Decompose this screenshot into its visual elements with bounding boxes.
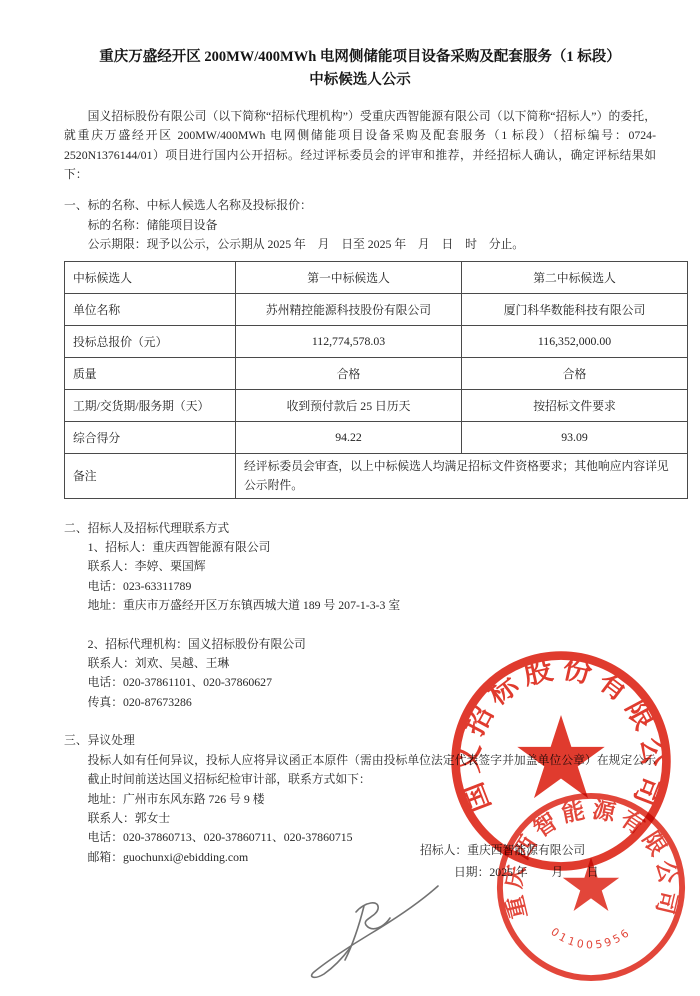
publicity-period-line: 公示期限：现予以公示，公示期从 2025 年 月 日至 2025 年 月 日 时… [64,235,656,254]
row-value: 94.22 [236,421,462,453]
agency-contact-line: 联系人：刘欢、吴越、王琳 [64,654,656,673]
table-row-remark: 备注 经评标委员会审查，以上中标候选人均满足招标文件资格要求；其他响应内容详见公… [65,453,688,498]
tenderer-address-line: 地址：重庆市万盛经开区万东镇西城大道 189 号 207-1-3-3 室 [64,596,656,615]
row-label: 单位名称 [65,293,236,325]
row-value: 按招标文件要求 [462,389,688,421]
title-line-2: 中标候选人公示 [64,69,656,92]
intro-paragraph: 国义招标股份有限公司（以下简称“招标代理机构”）受重庆西智能源有限公司（以下简称… [64,107,656,185]
handwritten-signature [298,866,460,986]
table-row-quality: 质量 合格 合格 [65,357,688,389]
table-row-duration: 工期/交货期/服务期（天） 收到预付款后 25 日历天 按招标文件要求 [65,389,688,421]
row-label: 备注 [65,453,236,498]
section2-heading: 二、招标人及招标代理联系方式 [64,519,656,538]
row-label: 质量 [65,357,236,389]
row-value: 合格 [462,357,688,389]
bid-candidates-table: 中标候选人 第一中标候选人 第二中标候选人 单位名称 苏州精控能源科技股份有限公… [64,261,688,499]
agency-phone-line: 电话：020-37861101、020-37860627 [64,673,656,692]
row-label: 综合得分 [65,421,236,453]
row-value: 116,352,000.00 [462,325,688,357]
row-value: 厦门科华数能科技有限公司 [462,293,688,325]
row-label: 工期/交货期/服务期（天） [65,389,236,421]
section1-heading: 一、标的名称、中标人候选人名称及投标报价： [64,196,656,215]
agency-name-line: 2、招标代理机构：国义招标股份有限公司 [64,635,656,654]
table-row-header: 中标候选人 第一中标候选人 第二中标候选人 [65,261,688,293]
document-page: 重庆万盛经开区 200MW/400MWh 电网侧储能项目设备采购及配套服务（1 … [0,0,700,996]
tenderer-phone-line: 电话：023-63311789 [64,577,656,596]
header-first-candidate-cell: 第一中标候选人 [236,261,462,293]
tenderer-contact-line: 联系人：李婷、栗国辉 [64,557,656,576]
row-value: 112,774,578.03 [236,325,462,357]
objection-address-line: 地址：广州市东风东路 726 号 9 楼 [64,790,656,809]
header-second-candidate-cell: 第二中标候选人 [462,261,688,293]
title-line-1: 重庆万盛经开区 200MW/400MWh 电网侧储能项目设备采购及配套服务（1 … [64,46,656,69]
table-row-price: 投标总报价（元） 112,774,578.03 116,352,000.00 [65,325,688,357]
signoff-tenderer-line: 招标人：重庆西智能源有限公司 [420,839,599,861]
section3-heading: 三、异议处理 [64,731,656,750]
document-title: 重庆万盛经开区 200MW/400MWh 电网侧储能项目设备采购及配套服务（1 … [64,46,656,92]
header-label-cell: 中标候选人 [65,261,236,293]
objection-body: 投标人如有任何异议，投标人应将异议函正本原件（需由投标单位法定代表签字并加盖单位… [64,751,656,790]
table-row-score: 综合得分 94.22 93.09 [65,421,688,453]
row-label: 投标总报价（元） [65,325,236,357]
document-content: 重庆万盛经开区 200MW/400MWh 电网侧储能项目设备采购及配套服务（1 … [64,46,656,867]
tenderer-name-line: 1、招标人：重庆西智能源有限公司 [64,538,656,557]
remark-cell: 经评标委员会审查，以上中标候选人均满足招标文件资格要求；其他响应内容详见公示附件… [236,453,688,498]
row-value: 合格 [236,357,462,389]
row-value: 收到预付款后 25 日历天 [236,389,462,421]
objection-contact-line: 联系人：郭女士 [64,809,656,828]
table-row-company: 单位名称 苏州精控能源科技股份有限公司 厦门科华数能科技有限公司 [65,293,688,325]
row-value: 苏州精控能源科技股份有限公司 [236,293,462,325]
row-value: 93.09 [462,421,688,453]
agency-fax-line: 传真：020-87673286 [64,693,656,712]
subject-name-line: 标的名称：储能项目设备 [64,216,656,235]
